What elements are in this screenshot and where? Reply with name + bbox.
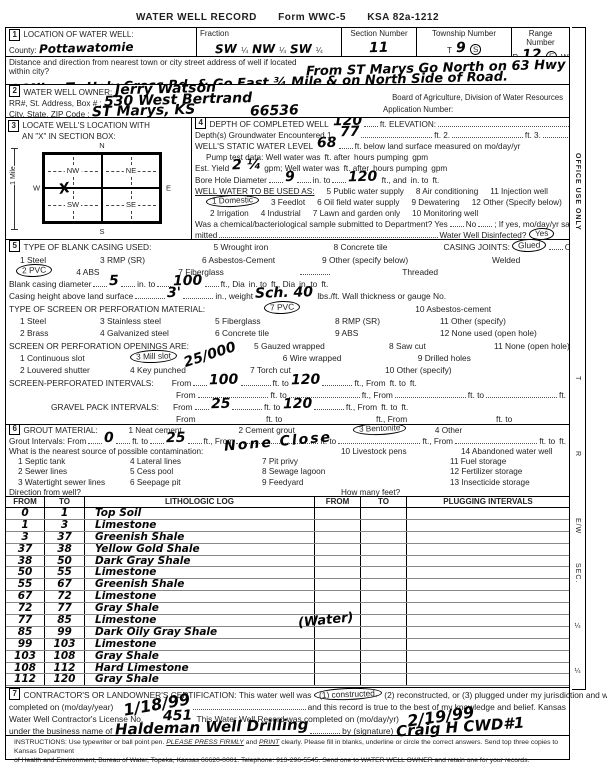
from-label: From [173,402,193,412]
screen-option-4: 4 Galvanized steel [100,328,215,338]
plug-from-cell [314,579,360,590]
township-south-circled: S [469,44,481,55]
casing-option-6: 6 Asbestos-Cement [202,255,322,265]
certification-text-2: (2) reconstructed, or (3) plugged under … [384,690,607,700]
plug-interval-cell [406,532,569,543]
range-value: 12 [522,47,542,56]
log-row: 5567Greenish Shale [6,579,569,591]
hours-pumping-label: hours pumping [354,153,408,162]
plug-to-cell [360,567,406,578]
log-to-cell: 77 [44,603,84,614]
gpm-label: gpm [412,153,428,162]
contamination-option-9: 9 Feedyard [262,478,360,487]
section4-number-box: 4 [195,118,206,129]
grout-from-value: 0 [104,429,114,445]
log-header-lithologic: LITHOLOGIC LOG [84,497,314,507]
section3-number-box: 3 [8,120,19,132]
plug-to-cell [360,556,406,567]
ft-to-label: ft. to [381,402,397,412]
log-lithology-cell: Greenish Shale [84,532,314,543]
form-body: 1LOCATION OF WATER WELL: County: Pottawa… [5,27,570,760]
dotted-line [241,385,271,386]
ft-dia-label: ft., Dia [221,279,245,289]
sample-question-tail: ; If yes, mo/day/yr sample was sub- [494,220,569,229]
plug-to-cell [360,651,406,662]
screen-intervals-label: SCREEN-PERFORATED INTERVALS: [9,378,154,388]
screen-option-11: 11 Other (specify) [440,316,506,326]
section-square: NW NE SWX SE [42,152,162,224]
ft-label: ft. [559,390,566,400]
casing-option-4: 4 ABS [76,267,178,277]
press-firmly-text: PLEASE PRESS FIRMLY [166,739,244,746]
grout-section: None Close 6GROUT MATERIAL:1 Neat cement… [6,425,569,497]
opening-option-6: 6 Wire wrapped [283,353,388,363]
certification-section: 7CONTRACTOR'S OR LANDOWNER'S CERTIFICATI… [6,687,569,735]
log-lithology-cell: Gray Shale [84,651,314,662]
pump-test-label: Pump test data: Well water was [206,153,321,162]
plug-to-cell [360,579,406,590]
certification-text-1: This water well was [239,690,312,700]
ft-label: ft. [432,176,439,185]
office-marker-sec: SEC. [574,563,581,583]
use-option-5: 5 Public water supply [327,187,404,196]
log-to-cell: 103 [44,639,84,650]
contamination-option-7: 7 Pit privy [262,457,360,466]
ft-label: ft. [401,402,408,412]
plug-from-cell [314,639,360,650]
gravel-pack-label: GRAVEL PACK INTERVALS: [51,402,159,412]
grout-intervals-label: Grout Intervals: From [9,437,86,446]
log-row: 7785Limestone [6,615,569,627]
dotted-line [150,443,164,444]
in-to-label: in. to [313,176,331,185]
groundwater-3-label: ft. 3. [525,131,541,140]
ft-from-label: ft., From [346,402,377,412]
use-option-8: 8 Air conditioning [416,187,478,196]
quadrant-sw: SWX [44,188,102,222]
blank-casing-diameter-label: Blank casing diameter [9,279,91,289]
plug-interval-cell [406,508,569,519]
owner-city-label: City, State, ZIP Code : [9,110,90,118]
contamination-option-8: 8 Sewage lagoon [262,467,360,476]
disinfected-label: Water Well Disinfected? [440,231,527,240]
section-box-locator: 3LOCATE WELL'S LOCATION WITH AN "X" IN S… [6,118,192,239]
business-name-value: Haldeman Well Drilling [114,715,308,738]
quadrant-se: SE [102,188,160,222]
log-lithology-cell: Gray Shale [84,674,314,685]
plug-to-cell [360,615,406,626]
ft-and-label: ft., and [382,176,407,185]
range-cell: Range Number R12EW [511,28,569,56]
county-cell: 1LOCATION OF WATER WELL: County: Pottawa… [6,28,196,56]
plug-interval-cell [406,603,569,614]
screen-option-2: 2 Brass [20,328,100,338]
use-option-12: 12 Other (Specify below) [472,198,562,207]
casing-height-label: Casing height above land surface [9,291,133,301]
dotted-line [232,409,262,410]
plug-from-cell [314,508,360,519]
plug-interval-cell [406,627,569,638]
township-value: 9 [456,40,466,56]
ft-from-label: ft., From [422,437,452,446]
office-marker-ew: E/W [574,518,581,534]
contamination-option-13: 13 Insecticide storage [450,478,569,487]
fraction-1: SW [215,42,237,56]
casing-option-9: 9 Other (specify below) [322,255,457,265]
log-to-cell: 112 [44,663,84,674]
log-lithology-cell: Limestone [84,520,314,531]
contamination-option-4: 4 Lateral lines [130,457,262,466]
contamination-option-5: 5 Cess pool [130,467,262,476]
ft-label: ft. [559,437,566,446]
plug-to-cell [360,603,406,614]
plug-interval-cell [406,615,569,626]
log-lithology-cell: Greenish Shale [84,579,314,590]
dotted-line [310,733,340,734]
dotted-line [314,409,344,410]
log-lithology-cell: Limestone [84,567,314,578]
log-to-cell: 38 [44,544,84,555]
blank-casing-title: TYPE OF BLANK CASING USED: [23,242,213,252]
compass-e: E [166,184,171,193]
log-to-cell: 37 [44,532,84,543]
screen-option-12: 12 None used (open hole) [440,328,537,338]
log-to-cell: 50 [44,556,84,567]
use-option-3: 3 Feedlot [271,198,305,207]
section6-number-box: 6 [9,425,20,435]
instructions-text: INSTRUCTIONS: Use typewriter or ball poi… [14,739,166,746]
quarter-2: ¼ [279,46,286,55]
log-row: 6772Limestone [6,591,569,603]
quadrant-se-label: SE [124,200,138,209]
casing-joint-glued-circled: Glued [512,240,547,253]
log-from-cell: 55 [6,579,44,590]
instructions-block: INSTRUCTIONS: Use typewriter or ball poi… [6,735,569,759]
log-row: 3850Dark Gray Shale [6,556,569,568]
contamination-option-11: 11 Fuel storage [450,457,569,466]
signature-label: by (signature) [342,726,393,736]
plug-from-cell [314,544,360,555]
screen-interval-from: 100 [209,371,239,388]
plug-to-cell [360,663,406,674]
log-table-header: FROM TO LITHOLOGIC LOG FROM TO PLUGGING … [6,497,569,508]
dotted-line [195,409,209,410]
log-lithology-cell: Limestone [84,615,314,626]
from-label: From [176,390,196,400]
plug-from-cell [314,532,360,543]
casing-joint-threaded: Threaded [402,267,438,277]
business-name-label: under the business name of [9,726,112,736]
board-of-agriculture-text: Board of Agriculture, Division of Water … [392,93,563,102]
groundwater-1-value: 77 [340,124,360,141]
est-yield-label: Est. Yield [195,164,229,173]
log-row: 7277Gray Shale [6,603,569,615]
ft-to-label: ft. to [496,414,569,424]
dotted-line [121,286,135,287]
ft-from-label: ft., From [376,414,496,424]
log-row: 13Limestone [6,520,569,532]
range-east-circled: E [545,51,557,56]
dotted-line [322,385,352,386]
plug-interval-cell [406,663,569,674]
print-text: PRINT [259,739,279,746]
plug-to-cell [360,508,406,519]
use-option-10: 10 Monitoring well [412,209,478,218]
plug-header-intervals: PLUGGING INTERVALS [406,497,569,507]
dotted-line [116,443,130,444]
office-marker-r: R [574,451,581,457]
completed-on-label: completed on (mo/day/year) [9,702,113,712]
township-cell: Township Number T9S [416,28,511,56]
static-level-suffix: ft. below land surface measured on mo/da… [355,142,521,151]
casing-joint-clamped: Clamped [565,242,569,252]
plug-interval-cell [406,579,569,590]
ft-to-label: ft. to [273,378,289,388]
contamination-option-10: 10 Livestock pens [341,447,461,456]
dotted-line [364,126,378,127]
use-option-11: 11 Injection well [490,187,548,196]
owner-section: 2WATER WELL OWNER: Jerry Watson RR#, St.… [6,85,569,118]
one-mile-label: 1 Mile [10,166,17,185]
gpm-label: gpm [431,164,447,173]
distance-label: Distance and direction from nearest town… [9,58,304,76]
dotted-line [450,226,464,227]
dotted-line [543,137,569,138]
use-option-1-domestic-circled: 1 Domestic [206,194,259,208]
contamination-option-6: 6 Seepage pit [130,478,262,487]
log-to-cell: 55 [44,567,84,578]
owner-city: ST Marys, KS [92,102,196,118]
ft-to-label: ft. to [266,414,376,424]
dotted-line [332,182,346,183]
ft-to-label: ft. to [390,378,406,388]
ft-after-label: ft. after [325,153,350,162]
disinfected-yes-circled: Yes [529,228,555,240]
casing-joints-label: CASING JOINTS: [443,242,510,252]
use-label: WELL WATER TO BE USED AS: [195,187,315,196]
screen-interval-to: 120 [291,371,321,388]
direction-from-well-label: Direction from well? [9,488,341,497]
log-to-cell: 120 [44,674,84,685]
quadrant-ne-label: NE [124,166,138,175]
casing-section: 5TYPE OF BLANK CASING USED:5 Wrought iro… [6,240,569,425]
hours-pumping-label: hours pumping [373,164,427,173]
elevation-label: ft. ELEVATION: [380,120,436,129]
log-from-cell: 99 [6,639,44,650]
opening-option-11: 11 None (open hole) [494,341,569,351]
log-to-cell: 99 [44,627,84,638]
ft-from-label: ft., From [354,378,385,388]
township-t: T [447,46,452,55]
log-from-cell: 85 [6,627,44,638]
ft-label: ft. [410,378,417,388]
locate-and-well-section: 3LOCATE WELL'S LOCATION WITH AN "X" IN S… [6,118,569,240]
log-row: 5055Limestone [6,567,569,579]
opening-option-2: 2 Louvered shutter [20,365,130,375]
plug-interval-cell [406,520,569,531]
use-option-6: 6 Oil field water supply [317,198,399,207]
log-from-cell: 37 [6,544,44,555]
owner-title: WATER WELL OWNER: [23,88,112,97]
range-r: R [512,53,518,56]
section-number-cell: Section Number 11 [341,28,416,56]
fraction-cell: Fraction SW¼ NW¼ SW¼ [196,28,341,56]
sample-question-tail2: mitted [195,231,217,240]
log-lithology-cell: Gray Shale [84,603,314,614]
one-mile-scale: 1 Mile [14,148,15,230]
log-to-cell: 3 [44,520,84,531]
locate-title-line2: AN "X" IN SECTION BOX: [8,132,189,141]
owner-address-label: RR#, St. Address, Box # : [9,99,102,108]
log-row: 103108Gray Shale [6,651,569,663]
sample-no-label: No [466,220,476,229]
ft-from-label: ft., From [362,390,393,400]
plug-interval-cell [406,556,569,567]
dotted-line [339,148,353,149]
plug-from-cell [314,651,360,662]
opening-option-10: 10 Other (specify) [385,365,452,375]
quadrant-nw-label: NW [65,166,82,175]
office-marker-quarter-1: ¼ [574,623,581,631]
grout-option-4: 4 Other [435,426,462,435]
range-label: Range Number [515,29,566,47]
dotted-line [183,298,213,299]
in-to-label: in. to [411,176,429,185]
log-row: 01Top Soil [6,508,569,520]
log-row: 99103Limestone [6,639,569,651]
log-from-cell: 112 [6,674,44,685]
plug-interval-cell [406,567,569,578]
log-lithology-cell: Hard Limestone [84,663,314,674]
section1-number-box: 1 [9,29,20,41]
dotted-line [193,385,207,386]
office-use-only-label: OFFICE USE ONLY [574,153,581,231]
location-title: LOCATION OF WATER WELL: [23,30,133,39]
dotted-line [88,443,102,444]
screen-option-10: 10 Asbestos-cement [415,304,491,314]
compass-n: N [99,141,104,150]
how-many-feet-label: How many feet? [341,488,400,497]
log-from-cell: 77 [6,615,44,626]
casing-diameter-value: 5 [109,273,119,289]
dotted-line [361,137,432,138]
well-details-section: 4DEPTH OF COMPLETED WELL120ft. ELEVATION… [192,118,569,239]
log-lithology-cell: Yellow Gold Shale [84,544,314,555]
fraction-3: SW [290,42,312,56]
lithologic-log-table: FROM TO LITHOLOGIC LOG FROM TO PLUGGING … [6,497,569,687]
dotted-line [486,397,557,398]
log-lithology-cell: Top Soil [84,508,314,519]
plug-from-cell [314,556,360,567]
plug-interval-cell [406,674,569,685]
ft-label: ft. [321,279,328,289]
bore-diameter-value: 9 [285,168,295,184]
log-lithology-cell: Limestone [84,591,314,602]
dotted-line [135,298,165,299]
use-option-2: 2 Irrigation [210,209,249,218]
casing-option-5: 5 Wrought iron [213,242,333,252]
log-row: 3738Yellow Gold Shale [6,544,569,556]
casing-height-value: 3' [167,285,181,301]
use-option-4: 4 Industrial [261,209,301,218]
log-to-cell: 1 [44,508,84,519]
plug-to-cell [360,544,406,555]
plug-interval-cell [406,591,569,602]
log-body: 01Top Soil13Limestone337Greenish Shale37… [6,508,569,686]
grout-to-value: 25 [166,429,186,446]
contamination-option-2: 2 Sewer lines [18,467,130,476]
plug-from-cell [314,591,360,602]
statute-number: KSA 82a-1212 [367,12,439,23]
ft-to-label: ft. to [468,390,484,400]
log-row: 8599Dark Oily Gray Shale [6,627,569,639]
quarter-3: ¼ [316,46,323,55]
plug-interval-cell [406,651,569,662]
casing-weight-value: Sch. 40 [255,285,313,303]
quadrant-ne: NE [102,154,160,188]
dotted-line [395,397,466,398]
log-from-cell: 50 [6,567,44,578]
fraction-label: Fraction [200,29,338,38]
screen-material-title: TYPE OF SCREEN OR PERFORATION MATERIAL: [9,304,264,314]
county-value: Pottawatomie [39,40,134,56]
log-to-cell: 67 [44,579,84,590]
section7-number-box: 7 [9,688,20,700]
sample-question: Was a chemical/bacteriological sample su… [195,220,448,229]
in-to-label: in. to [137,279,155,289]
plug-from-cell [314,567,360,578]
log-to-cell: 72 [44,591,84,602]
dotted-line [193,709,306,710]
plug-from-cell [314,520,360,531]
log-header-from: FROM [6,497,44,507]
quadrant-nw: NW [44,154,102,188]
opening-option-8: 8 Saw cut [389,341,494,351]
quadrant-sw-label: SW [65,200,81,209]
section-box-diagram: N S W E NW NE SWX SE [36,144,168,232]
application-number-label: Application Number: [383,105,563,114]
groundwater-label: Depth(s) Groundwater Encountered 1. [195,131,334,140]
plug-header-from: FROM [314,497,360,507]
dotted-line [452,137,523,138]
quarter-1: ¼ [241,46,248,55]
section-number-value: 11 [369,40,389,56]
screen-option-5: 5 Fiberglass [215,316,335,326]
township-label: Township Number [420,29,508,38]
screen-pvc-circled: 7 PVC [264,300,301,314]
screen-option-1: 1 Steel [20,316,100,326]
from-label: From [172,378,192,388]
casing-option-3: 3 RMP (SR) [100,255,202,265]
range-west: W [561,53,569,56]
bore-hole-label: Bore Hole Diameter [195,176,267,185]
casing-joint-welded: Welded [492,255,520,265]
office-use-strip: OFFICE USE ONLY T R E/W SEC. ¼ ¼ [572,27,586,690]
dotted-line [198,397,269,398]
distance-direction-row: Distance and direction from nearest town… [6,57,569,85]
dotted-line [338,443,420,444]
instructions-text-line2: of Health and Environment, Bureau of Wat… [14,756,561,765]
dotted-line [93,286,107,287]
use-option-9: 9 Dewatering [411,198,459,207]
opening-option-5: 5 Gauzed wrapped [254,341,389,351]
contamination-option-3: 3 Watertight sewer lines [18,478,130,487]
ft-to-label: ft. to [539,437,555,446]
casing-pvc-circled: 2 PVC [16,263,53,277]
dotted-line [297,182,311,183]
wall-thickness-label: lbs./ft. Wall thickness or gauge No. [317,291,446,301]
plug-to-cell [360,639,406,650]
